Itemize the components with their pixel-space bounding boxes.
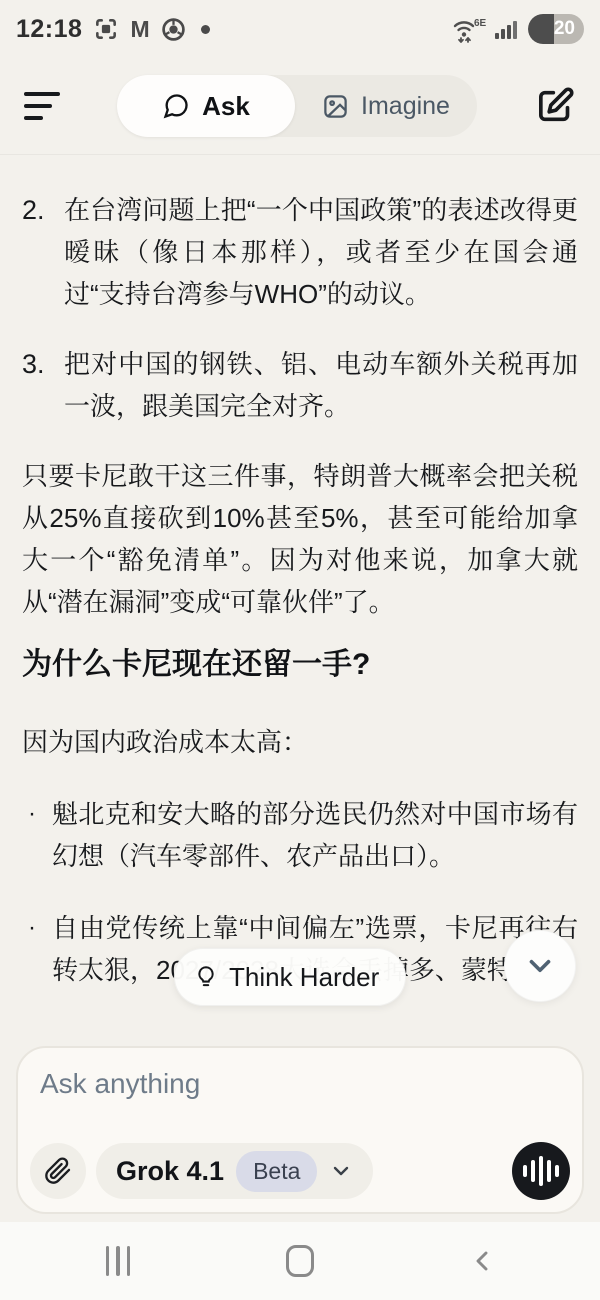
signal-strength-icon <box>494 17 520 41</box>
numbered-item: 3. 把对中国的钢铁、铝、电动车额外关税再加一波，跟美国完全对齐。 <box>22 343 578 427</box>
chevron-down-icon <box>523 949 557 983</box>
answer-content: 2. 在台湾问题上把“一个中国政策”的表述改得更暧昧（像日本那样），或者至少在国… <box>0 155 600 991</box>
numbered-item: 2. 在台湾问题上把“一个中国政策”的表述改得更暧昧（像日本那样），或者至少在国… <box>22 189 578 315</box>
paperclip-icon <box>44 1157 72 1185</box>
item-number: 2. <box>22 189 52 315</box>
scroll-to-bottom-button[interactable] <box>504 930 576 1002</box>
attach-button[interactable] <box>30 1143 86 1199</box>
lightbulb-icon <box>193 964 219 990</box>
clock: 12:18 <box>16 15 82 44</box>
tab-imagine[interactable]: Imagine <box>295 75 477 137</box>
composer[interactable]: Ask anything Grok 4.1 Beta <box>16 1046 584 1214</box>
back-button[interactable] <box>459 1238 505 1284</box>
menu-icon <box>24 92 60 96</box>
think-harder-label: Think Harder <box>229 962 379 993</box>
home-icon <box>286 1245 314 1277</box>
svg-text:6E: 6E <box>474 18 486 29</box>
paragraph: 因为国内政治成本太高： <box>22 721 578 763</box>
gmail-notification-icon: M <box>130 16 149 43</box>
recents-icon <box>106 1246 131 1276</box>
voice-mode-button[interactable] <box>512 1142 570 1200</box>
item-number: 3. <box>22 343 52 427</box>
bullet-marker: · <box>22 793 42 877</box>
chevron-down-icon <box>329 1159 353 1183</box>
paragraph: 只要卡尼敢干这三件事，特朗普大概率会把关税从25%直接砍到10%甚至5%，甚至可… <box>22 455 578 623</box>
recents-button[interactable] <box>95 1238 141 1284</box>
bullet-marker: · <box>22 907 42 991</box>
tab-ask-label: Ask <box>202 91 250 122</box>
app-header: Ask Imagine <box>0 58 600 155</box>
system-nav-bar <box>0 1222 600 1300</box>
waveform-icon <box>523 1156 559 1186</box>
status-bar: 12:18 M <box>0 0 600 58</box>
battery-percent: 20 <box>554 18 584 40</box>
chat-bubble-icon <box>162 92 190 120</box>
menu-button[interactable] <box>22 86 62 126</box>
composer-toolbar: Grok 4.1 Beta <box>30 1142 570 1200</box>
new-chat-button[interactable] <box>532 83 578 129</box>
screenshot-notification-icon <box>93 16 119 42</box>
battery-fill <box>528 14 554 44</box>
item-text: 在台湾问题上把“一个中国政策”的表述改得更暧昧（像日本那样），或者至少在国会通过… <box>64 189 578 315</box>
mode-switcher: Ask Imagine <box>117 75 477 137</box>
model-name: Grok 4.1 <box>116 1156 224 1187</box>
ask-input[interactable]: Ask anything <box>40 1068 200 1100</box>
chrome-notification-icon <box>161 17 186 42</box>
phone-screen: 12:18 M <box>0 0 600 1300</box>
home-button[interactable] <box>277 1238 323 1284</box>
more-notifications-dot <box>201 25 210 34</box>
beta-badge: Beta <box>236 1151 317 1192</box>
item-text: 把对中国的钢铁、铝、电动车额外关税再加一波，跟美国完全对齐。 <box>64 343 578 427</box>
chevron-left-icon <box>466 1245 498 1277</box>
section-heading: 为什么卡尼现在还留一手? <box>22 645 578 685</box>
bullet-text: 魁北克和安大略的部分选民仍然对中国市场有幻想（汽车零部件、农产品出口）。 <box>52 793 578 877</box>
tab-imagine-label: Imagine <box>361 92 450 121</box>
battery-indicator: 20 <box>528 14 584 44</box>
think-harder-button[interactable]: Think Harder <box>174 948 406 1006</box>
model-selector[interactable]: Grok 4.1 Beta <box>96 1143 373 1199</box>
wifi-6e-icon: 6E <box>450 14 486 44</box>
bullet-item: · 魁北克和安大略的部分选民仍然对中国市场有幻想（汽车零部件、农产品出口）。 <box>22 793 578 877</box>
imagine-icon <box>322 93 349 120</box>
tab-ask[interactable]: Ask <box>117 75 295 137</box>
